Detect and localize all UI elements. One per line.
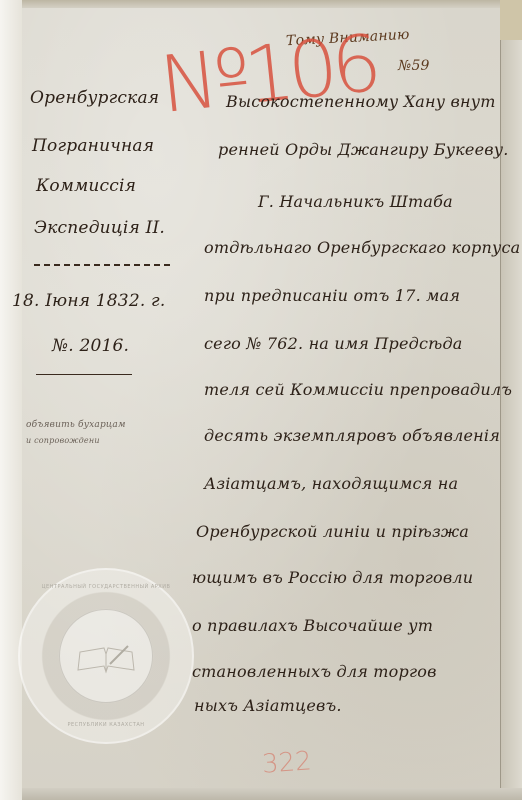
document-page: Тому Вниманию №59 №106 Оренбургская Погр… xyxy=(0,0,522,800)
body-line: отдѣльнаго Оренбургскаго корпуса xyxy=(204,238,520,257)
sender-line: Оренбургская xyxy=(30,88,159,108)
archive-seal-watermark: ЦЕНТРАЛЬНЫЙ ГОСУДАРСТВЕННЫЙ АРХИВ РЕСПУБ… xyxy=(18,568,194,744)
body-line: Оренбургской линіи и пріѣзжа xyxy=(196,522,469,541)
page-top-edge xyxy=(22,0,502,8)
page-left-edge xyxy=(0,0,22,800)
divider-rule xyxy=(34,264,170,266)
bottom-red-number: 322 xyxy=(261,746,313,779)
sender-date: 18. Іюня 1832. г. xyxy=(12,291,165,311)
body-line: десять экземпляровъ объявленія xyxy=(204,426,500,445)
body-line: ныхъ Азіатцевъ. xyxy=(194,696,342,715)
body-line: сего № 762. на имя Предсѣда xyxy=(204,334,463,353)
body-line: при предписаніи отъ 17. мая xyxy=(204,286,460,305)
body-line: Азіатцамъ, находящимся на xyxy=(204,474,458,493)
body-line: Г. Начальникъ Штаба xyxy=(258,192,453,211)
open-book-quill-icon xyxy=(76,644,136,674)
addressee-line: ренней Орды Джангиру Букееву. xyxy=(218,140,509,159)
sender-number: №. 2016. xyxy=(52,336,129,356)
page-bottom-edge xyxy=(22,788,522,800)
body-line: о правилахъ Высочайше ут xyxy=(192,616,433,635)
body-line: теля сей Коммиссіи препровадилъ xyxy=(204,380,512,399)
margin-note-line: объявить бухарцам xyxy=(26,420,126,430)
sender-line: Экспедиція II. xyxy=(34,218,165,238)
sender-line: Коммиссія xyxy=(36,176,136,196)
top-number: №59 xyxy=(398,58,430,74)
divider-rule xyxy=(36,374,132,375)
body-line: становленныхъ для торгов xyxy=(192,662,437,681)
sender-line: Пограничная xyxy=(32,136,154,156)
page-corner-fold xyxy=(500,0,522,40)
red-pencil-number: №106 xyxy=(156,19,380,131)
body-line: ющимъ въ Россію для торговли xyxy=(192,568,473,587)
seal-ring-text-top: ЦЕНТРАЛЬНЫЙ ГОСУДАРСТВЕННЫЙ АРХИВ xyxy=(20,584,192,590)
margin-note-line: и сопровождени xyxy=(26,436,100,445)
addressee-line: Высокостепенному Хану внут xyxy=(226,92,496,111)
seal-ring-text-bottom: РЕСПУБЛИКИ КАЗАХСТАН xyxy=(20,722,192,728)
